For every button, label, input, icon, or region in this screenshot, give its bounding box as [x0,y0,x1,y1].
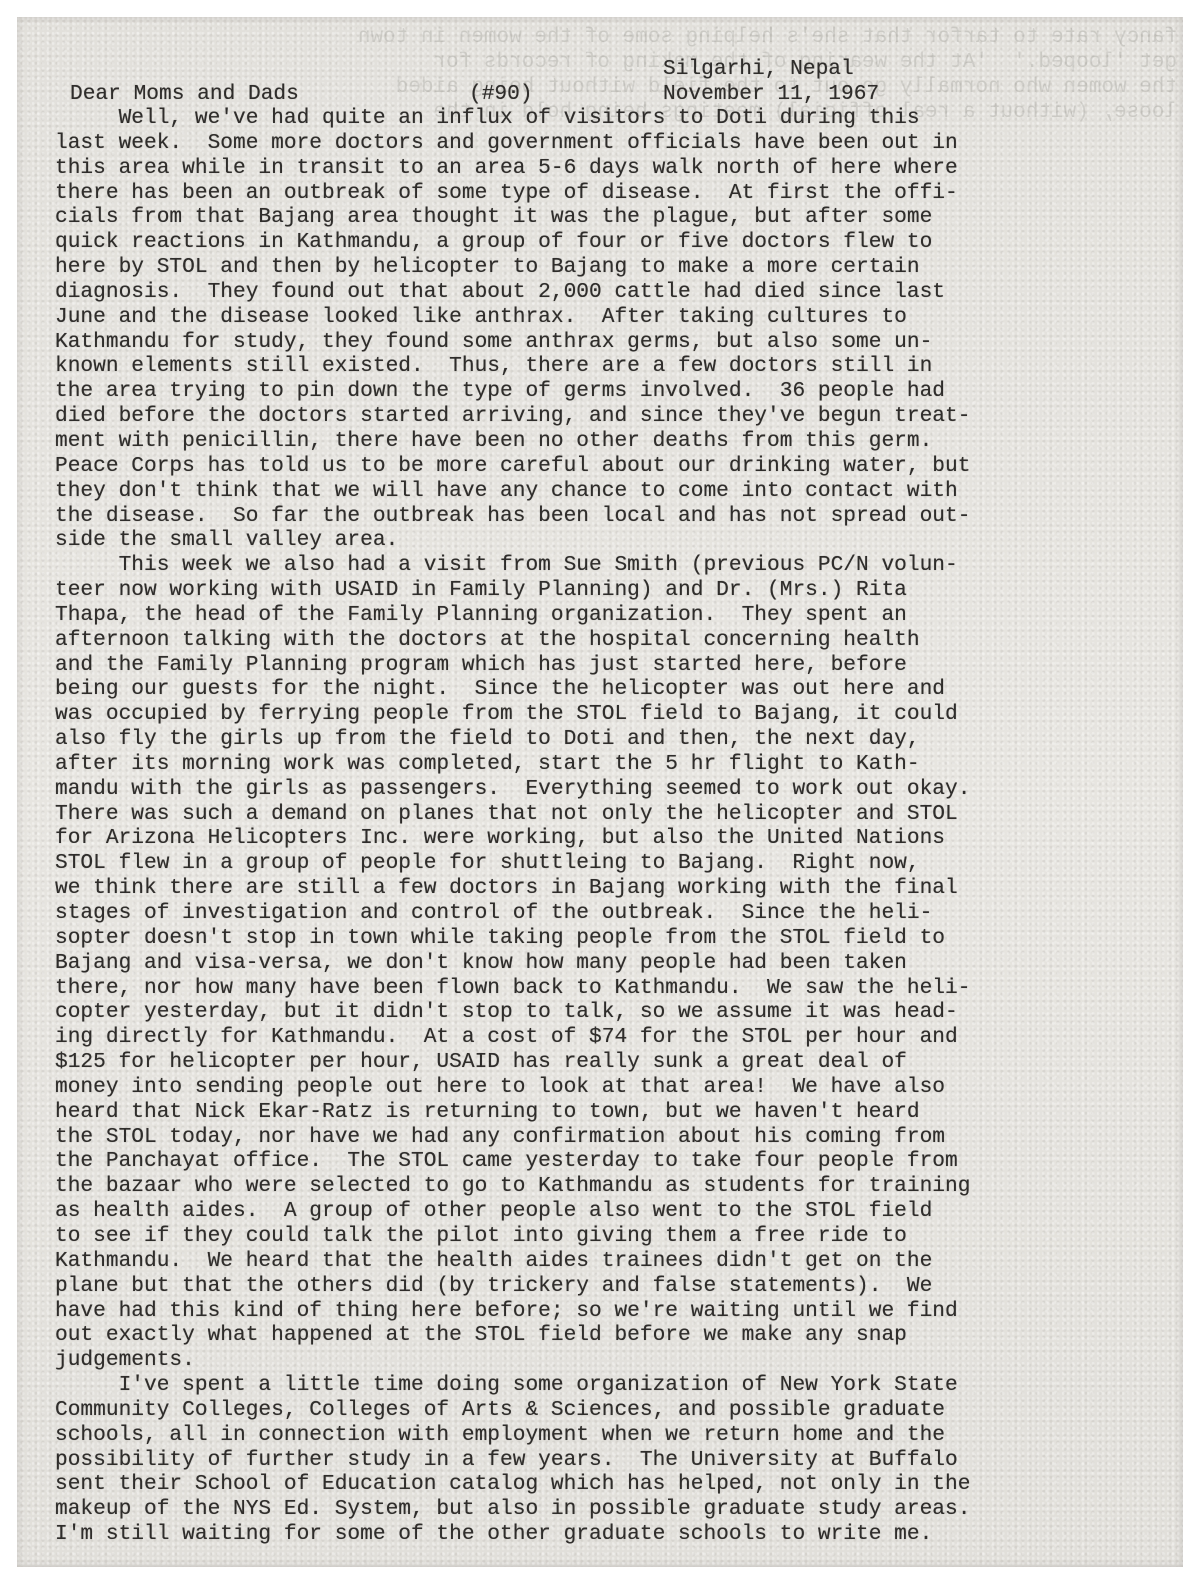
letter-line: $125 for helicopter per hour, USAID has … [55,1050,970,1075]
letter-line: being our guests for the night. Since th… [55,677,970,702]
letter-line: judgements. [55,1348,970,1373]
letter-line: teer now working with USAID in Family Pl… [55,578,970,603]
letter-line: cials from that Bajang area thought it w… [55,205,970,230]
letter-line: here by STOL and then by helicopter to B… [55,255,970,280]
letter-line: known elements still existed. Thus, ther… [55,354,970,379]
letter-line: and the Family Planning program which ha… [55,653,970,678]
letter-line: we think there are still a few doctors i… [55,876,970,901]
letter-line: last week. Some more doctors and governm… [55,131,970,156]
letter-line: I'm still waiting for some of the other … [55,1522,970,1547]
letter-line: ing directly for Kathmandu. At a cost of… [55,1025,970,1050]
letter-line: ment with penicillin, there have been no… [55,429,970,454]
letter-line: Community Colleges, Colleges of Arts & S… [55,1398,970,1423]
letter-line: also fly the girls up from the field to … [55,727,970,752]
letter-line: have had this kind of thing here before;… [55,1299,970,1324]
letter-line: was occupied by ferrying people from the… [55,702,970,727]
letter-line: STOL flew in a group of people for shutt… [55,851,970,876]
letter-line: there has been an outbreak of some type … [55,181,970,206]
letter-line: there, nor how many have been flown back… [55,976,970,1001]
letter-line: side the small valley area. [55,528,970,553]
letter-line: This week we also had a visit from Sue S… [55,553,970,578]
letter-line: I've spent a little time doing some orga… [55,1373,970,1398]
letter-line: out exactly what happened at the STOL fi… [55,1323,970,1348]
letter-date: November 11, 1967 [663,82,879,107]
letter-line: diagnosis. They found out that about 2,0… [55,280,970,305]
letter-line: quick reactions in Kathmandu, a group of… [55,230,970,255]
letter-line: Peace Corps has told us to be more caref… [55,454,970,479]
letter-line: this area while in transit to an area 5-… [55,156,970,181]
letter-line: sent their School of Education catalog w… [55,1472,970,1497]
letter-line: mandu with the girls as passengers. Ever… [55,777,970,802]
letter-line: Thapa, the head of the Family Planning o… [55,603,970,628]
letter-line: after its morning work was completed, st… [55,752,970,777]
letter-line: afternoon talking with the doctors at th… [55,628,970,653]
letter-line: There was such a demand on planes that n… [55,802,970,827]
letter-line: Bajang and visa-versa, we don't know how… [55,951,970,976]
letter-line: June and the disease looked like anthrax… [55,305,970,330]
letter-line: for Arizona Helicopters Inc. were workin… [55,826,970,851]
letter-line: the area trying to pin down the type of … [55,379,970,404]
letter-line: the Panchayat office. The STOL came yest… [55,1149,970,1174]
letter-line: to see if they could talk the pilot into… [55,1224,970,1249]
letter-line: money into sending people out here to lo… [55,1075,970,1100]
letter-line: they don't think that we will have any c… [55,479,970,504]
letter-line: heard that Nick Ekar-Ratz is returning t… [55,1100,970,1125]
letter-line: Kathmandu for study, they found some ant… [55,330,970,355]
letter-line: schools, all in connection with employme… [55,1423,970,1448]
letter-line: sopter doesn't stop in town while taking… [55,926,970,951]
letter-line: the STOL today, nor have we had any conf… [55,1125,970,1150]
letter-line: the bazaar who were selected to go to Ka… [55,1174,970,1199]
letter-line: stages of investigation and control of t… [55,901,970,926]
letter-salutation: Dear Moms and Dads [70,82,299,107]
letter-line: died before the doctors started arriving… [55,404,970,429]
letter-line: as health aides. A group of other people… [55,1199,970,1224]
letter-line: Kathmandu. We heard that the health aide… [55,1249,970,1274]
letter-line: makeup of the NYS Ed. System, but also i… [55,1497,970,1522]
letter-line: possibility of further study in a few ye… [55,1448,970,1473]
letter-line: the disease. So far the outbreak has bee… [55,504,970,529]
letter-line: Well, we've had quite an influx of visit… [55,106,970,131]
letter-place: Silgarhi, Nepal [663,57,854,82]
letter-number: (#90) [469,82,533,107]
letter-body: Well, we've had quite an influx of visit… [55,106,970,1547]
letter-line: plane but that the others did (by tricke… [55,1274,970,1299]
letter-line: copter yesterday, but it didn't stop to … [55,1000,970,1025]
letter-page: fancy rate to tarfor that she's helping … [17,17,1183,1567]
